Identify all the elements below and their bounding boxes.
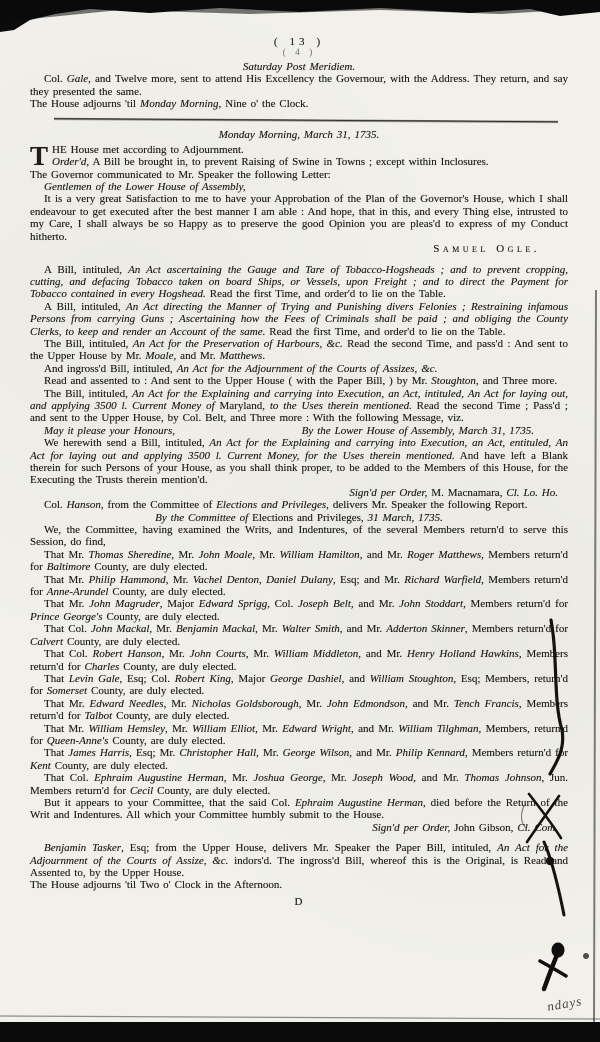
- text-run: Cecil: [130, 785, 153, 797]
- heading-committee-report: By the Committee of Elections and Privil…: [30, 512, 568, 524]
- paragraph-cecil: That Col. Ephraim Augustine Herman, Mr. …: [30, 772, 568, 797]
- text-run: , Major: [160, 598, 199, 610]
- text-run: , Mr.: [164, 698, 192, 710]
- text-run: , Esq; Mr.: [129, 747, 179, 759]
- paragraph-we-herewith: We herewith send a Bill, intituled, An A…: [30, 437, 568, 487]
- text-run: , Esq; Col.: [120, 673, 175, 685]
- text-run: Robert King: [175, 673, 231, 685]
- paragraph-bill-explaining: The Bill, intituled, An Act for the Expl…: [30, 388, 568, 425]
- text-run: , and Mr.: [405, 698, 454, 710]
- text-run: Edward Needles: [89, 698, 163, 710]
- text-run: Monday Morning: [140, 98, 219, 110]
- paragraph-we-committee: We, the Committee, having examined the W…: [30, 524, 568, 549]
- text-run: A Bill, intituled,: [44, 264, 128, 276]
- page-number: ( 13 )( 4 ): [30, 36, 568, 59]
- text-run: That Mr.: [44, 574, 89, 586]
- signature-macnamara: Sign'd per Order, M. Macnamara, Cl. Lo. …: [30, 487, 568, 499]
- text-run: , A Bill be brought in, to prevent Raisi…: [86, 156, 488, 168]
- text-run: , and Mr.: [351, 723, 398, 735]
- paragraph-adjourn-two: The House adjourns 'til Two o' Clock in …: [30, 879, 568, 891]
- text-run: William Stoughton: [370, 673, 454, 685]
- paragraph-baltimore: That Mr. Thomas Sheredine, Mr. John Moal…: [30, 549, 568, 574]
- text-run: , Mr.: [255, 723, 282, 735]
- paragraph-gale-address: Col. Gale, and Twelve more, sent to atte…: [30, 73, 568, 98]
- paragraph-col-hanson: Col. Hanson, from the Committee of Elect…: [30, 499, 568, 511]
- scanned-page: ( 13 )( 4 )Saturday Post Meridiem.Col. G…: [0, 0, 600, 1042]
- small-blot-mark: [583, 953, 589, 959]
- paragraph-adjourn-monday: The House adjourns 'til Monday Morning, …: [30, 98, 568, 110]
- text-run: , Mr.: [149, 623, 176, 635]
- text-run: A Bill, intituled,: [44, 301, 126, 313]
- text-run: , and Twelve more, sent to attend His Ex…: [30, 73, 568, 97]
- right-edge-line: [594, 290, 596, 1022]
- text-run: Sign'd per Order,: [372, 822, 454, 834]
- text-run: Philip Hammond: [89, 574, 166, 586]
- section-rule: [54, 118, 558, 124]
- text-run: Maryland: [220, 400, 263, 412]
- text-run: , Mr.: [255, 623, 282, 635]
- heading-saturday: Saturday Post Meridiem.: [30, 61, 568, 73]
- text-run: Elections and Privileges: [216, 499, 326, 511]
- text-run: Philip Kennard: [396, 747, 465, 759]
- text-run: , Mr.: [299, 698, 327, 710]
- scan-strip-bottom: [0, 1022, 600, 1042]
- message-dateline: May it please your Honours,By the Lower …: [30, 425, 568, 437]
- text-run: The Governor communicated to Mr. Speaker…: [30, 169, 331, 181]
- text-run: , Mr.: [165, 723, 192, 735]
- text-run: Prince George's: [30, 611, 103, 623]
- text-run: Hanson: [67, 499, 101, 511]
- paragraph-charles: That Col. Robert Hanson, Mr. John Courts…: [30, 648, 568, 673]
- text-run: Edward Wright: [282, 723, 351, 735]
- text-run: , Mr.: [162, 648, 190, 660]
- bold-x-mark: [540, 943, 566, 989]
- text-run: That Mr.: [44, 549, 89, 561]
- text-run: William Tilghman: [398, 723, 478, 735]
- text-run: , Members return'd for: [465, 623, 568, 635]
- text-run: Tench Francis: [454, 698, 519, 710]
- text-run: Henry Holland Hawkins: [407, 648, 519, 660]
- paragraph-queen-annes: That Mr. William Hemsley, Mr. William El…: [30, 723, 568, 748]
- page-number-ghost: ( 4 ): [30, 46, 568, 58]
- signature-gibson: Sign'd per Order, John Gibson, Cl. Com.: [30, 822, 568, 834]
- text-run: John Mackal: [91, 623, 149, 635]
- text-run: George Wilson: [283, 747, 350, 759]
- text-run: , Mr.: [246, 648, 274, 660]
- text-run: Order'd: [52, 156, 86, 168]
- text-run: John Courts: [190, 648, 246, 660]
- text-run: John Edmondson: [327, 698, 405, 710]
- letter-salutation: Gentlemen of the Lower House of Assembly…: [30, 181, 568, 193]
- text-run: Richard Warfield: [404, 574, 481, 586]
- torn-top-edge-shadow: [0, 0, 600, 24]
- text-run: That Mr.: [44, 698, 89, 710]
- text-run: Anne-Arundel: [47, 586, 109, 598]
- text-run: Read the first Time, and order'd to lie …: [206, 288, 446, 300]
- text-run: That Col.: [44, 648, 93, 660]
- torn-top-edge: [0, 0, 600, 32]
- text-run: The Bill, intituled,: [44, 338, 133, 350]
- text-run: Somerset: [47, 685, 87, 697]
- text-run: County, are duly elected.: [108, 735, 225, 747]
- text-run: Joseph Wood: [352, 772, 413, 784]
- text-run: Read the first Time, and order'd to lie …: [265, 326, 505, 338]
- spaced-caps-text: Samuel Ogle.: [433, 243, 558, 255]
- document-flow: ( 13 )( 4 )Saturday Post Meridiem.Col. G…: [30, 36, 568, 908]
- message-salutation: May it please your Honours,: [30, 425, 175, 437]
- text-run: Joshua George: [253, 772, 322, 784]
- text-run: Moale: [145, 350, 173, 362]
- text-run: That Mr.: [44, 723, 89, 735]
- text-run: Christopher Hall: [179, 747, 256, 759]
- text-run: Joseph Belt: [298, 598, 351, 610]
- text-run: William Elliot: [192, 723, 255, 735]
- text-run: Gale: [67, 73, 88, 85]
- text-run: Elections and Privileges,: [252, 512, 367, 524]
- text-run: Ephraim Augustine Herman: [94, 772, 224, 784]
- text-run: The House adjourns 'til Two o' Clock in …: [30, 879, 282, 891]
- text-run: Robert Hanson: [93, 648, 162, 660]
- text-run: Queen-Anne's: [47, 735, 109, 747]
- text-run: It is a very great Satisfaction to me to…: [30, 193, 568, 242]
- text-run: , to the Uses therein mentioned.: [262, 400, 412, 412]
- bottom-edge-line: [0, 1016, 600, 1019]
- text-run: County, are duly elected.: [112, 710, 229, 722]
- text-run: Levin Gale: [69, 673, 120, 685]
- paragraph-talbot: That Mr. Edward Needles, Mr. Nicholas Go…: [30, 698, 568, 723]
- text-run: County, are duly elected.: [87, 685, 204, 697]
- text-run: , Esq; from the Upper House, delivers Mr…: [121, 842, 497, 854]
- text-run: County, are duly elected.: [90, 561, 207, 573]
- text-run: That Col.: [44, 772, 94, 784]
- text-run: , and Mr.: [351, 598, 399, 610]
- text-run: William Hemsley: [89, 723, 165, 735]
- text-run: Col.: [44, 499, 67, 511]
- text-run: County, are duly elected.: [108, 586, 225, 598]
- text-run: Kent: [30, 760, 51, 772]
- text-run: John Stoddart: [399, 598, 463, 610]
- paragraph-anne-arundel: That Mr. Philip Hammond, Mr. Vachel Dent…: [30, 574, 568, 599]
- text-run: Charles: [84, 661, 119, 673]
- text-run: , Nine o' the Clock.: [219, 98, 309, 110]
- text-run: We herewith send a Bill, intituled,: [44, 437, 209, 449]
- text-run: Calvert: [30, 636, 63, 648]
- text-run: , Esq; and Mr.: [333, 574, 404, 586]
- text-run: , and Mr.: [360, 549, 407, 561]
- heading-monday: Monday Morning, March 31, 1735.: [30, 129, 568, 141]
- text-run: , and Mr.: [358, 648, 407, 660]
- text-run: County, are duly elected.: [51, 760, 168, 772]
- text-run: John Magruder: [89, 598, 160, 610]
- drop-cap-paragraph: THE House met according to Adjournment.O…: [30, 144, 568, 169]
- text-run: Gentlemen of the Lower House of Assembly…: [44, 181, 246, 193]
- text-run: , delivers Mr. Speaker the following Rep…: [326, 499, 527, 511]
- text-run: Walter Smith: [282, 623, 340, 635]
- text-run: Thomas Johnson: [464, 772, 541, 784]
- paragraph-calvert: That Col. John Mackal, Mr. Benjamin Mack…: [30, 623, 568, 648]
- text-run: William Middleton: [274, 648, 358, 660]
- text-run: An Act for the Preservation of Harbours,…: [133, 338, 343, 350]
- paragraph-read-assented: Read and assented to : And sent to the U…: [30, 375, 568, 387]
- message-dateline-text: By the Lower House of Assembly, March 31…: [302, 425, 568, 437]
- text-run: And ingross'd Bill, intituled,: [44, 363, 177, 375]
- text-run: , Mr.: [252, 549, 279, 561]
- text-run: , Col.: [267, 598, 298, 610]
- text-run: County, are duly elected.: [119, 661, 236, 673]
- text-run: Benjamin Mackal: [176, 623, 255, 635]
- text-run: .: [262, 350, 265, 362]
- text-run: Monday Morning, March 31, 1735.: [219, 129, 380, 141]
- text-run: HE House met according to Adjournment.: [52, 144, 244, 156]
- text-run: Read and assented to : And sent to the U…: [44, 375, 431, 387]
- text-run: , Members return'd for: [465, 747, 568, 759]
- text-run: Cl. Com.: [517, 822, 558, 834]
- text-run: That: [44, 747, 68, 759]
- text-run: John Moale: [198, 549, 252, 561]
- text-run: 31 March, 1735.: [368, 512, 443, 524]
- paragraph-ingrossd-bill: And ingross'd Bill, intituled, An Act fo…: [30, 363, 568, 375]
- text-run: Adderton Skinner: [386, 623, 465, 635]
- handwriting-note: ndays: [546, 993, 584, 1015]
- text-run: By the Committee of: [155, 512, 252, 524]
- paragraph-benjamin-tasker: Benjamin Tasker, Esq; from the Upper Hou…: [30, 842, 568, 879]
- text-run: Benjamin Tasker: [44, 842, 121, 854]
- text-run: , and: [342, 673, 370, 685]
- text-run: The Bill, intituled,: [44, 388, 132, 400]
- paragraph-bill-tobacco: A Bill, intituled, An Act ascertaining t…: [30, 264, 568, 301]
- text-run: Nicholas Goldsborough: [192, 698, 299, 710]
- text-run: We, the Committee, having examined the W…: [30, 524, 568, 548]
- paragraph-prince-georges: That Mr. John Magruder, Major Edward Spr…: [30, 598, 568, 623]
- text-run: , and Mr.: [349, 747, 395, 759]
- text-run: , and Mr.: [340, 623, 386, 635]
- text-run: Ephraim Augustine Herman: [295, 797, 423, 809]
- paragraph-bill-felonies: A Bill, intituled, An Act directing the …: [30, 301, 568, 338]
- letter-body: It is a very great Satisfaction to me to…: [30, 193, 568, 243]
- text-run: County, are duly elected.: [63, 636, 180, 648]
- text-run: Saturday Post Meridiem.: [243, 61, 355, 73]
- text-run: , and Mr.: [173, 350, 219, 362]
- text-run: That Col.: [44, 623, 91, 635]
- text-run: County, are duly elected.: [153, 785, 270, 797]
- paragraph: HE House met according to Adjournment.: [30, 144, 568, 156]
- text-run: Matthews: [220, 350, 263, 362]
- text-run: Edward Sprigg: [199, 598, 267, 610]
- text-run: Roger Matthews: [407, 549, 481, 561]
- text-run: , and Mr.: [413, 772, 464, 784]
- text-run: That Mr.: [44, 598, 89, 610]
- paragraph-governor-letter: The Governor communicated to Mr. Speaker…: [30, 169, 568, 181]
- text-run: Daniel Dulany: [266, 574, 333, 586]
- text-run: Talbot: [84, 710, 112, 722]
- text-run: Col.: [44, 73, 67, 85]
- text-run: Thomas Sheredine: [89, 549, 172, 561]
- paragraph-bill-harbours: The Bill, intituled, An Act for the Pres…: [30, 338, 568, 363]
- text-run: An Act for the Adjournment of the Courts…: [177, 363, 438, 375]
- paragraph-kent: That James Harris, Esq; Mr. Christopher …: [30, 747, 568, 772]
- text-run: Baltimore: [47, 561, 91, 573]
- text-run: John Gibson,: [454, 822, 517, 834]
- signature-samuel-ogle: Samuel Ogle.: [30, 243, 568, 255]
- text-run: Stoughton: [431, 375, 476, 387]
- text-run: , and Three more.: [476, 375, 557, 387]
- text-run: Cl. Lo. Ho.: [506, 487, 558, 499]
- text-run: Vachel Denton: [193, 574, 259, 586]
- text-run: That: [44, 673, 69, 685]
- text-run: The House adjourns 'til: [30, 98, 140, 110]
- text-run: James Harris: [68, 747, 129, 759]
- text-run: Sign'd per Order,: [349, 487, 431, 499]
- paragraph: Order'd, A Bill be brought in, to preven…: [30, 156, 568, 168]
- text-run: , Mr.: [256, 747, 283, 759]
- text-run: , Major: [231, 673, 270, 685]
- text-run: County, are duly elected.: [103, 611, 220, 623]
- text-run: , Members return'd for: [463, 598, 568, 610]
- paragraph-somerset: That Levin Gale, Esq; Col. Robert King, …: [30, 673, 568, 698]
- text-run: , Mr.: [171, 549, 198, 561]
- printers-signature-mark: D: [30, 896, 568, 908]
- text-run: William Hamilton: [280, 549, 360, 561]
- paragraph-herman-died: But it appears to your Committee, that t…: [30, 797, 568, 822]
- text-run: But it appears to your Committee, that t…: [44, 797, 295, 809]
- text-run: , Mr.: [166, 574, 193, 586]
- text-run: , Mr.: [224, 772, 254, 784]
- text-run: George Dashiel: [270, 673, 342, 685]
- text-run: , from the Committee of: [101, 499, 216, 511]
- drop-cap-letter: T: [30, 144, 52, 167]
- text-run: , Mr.: [323, 772, 353, 784]
- text-run: M. Macnamara,: [431, 487, 506, 499]
